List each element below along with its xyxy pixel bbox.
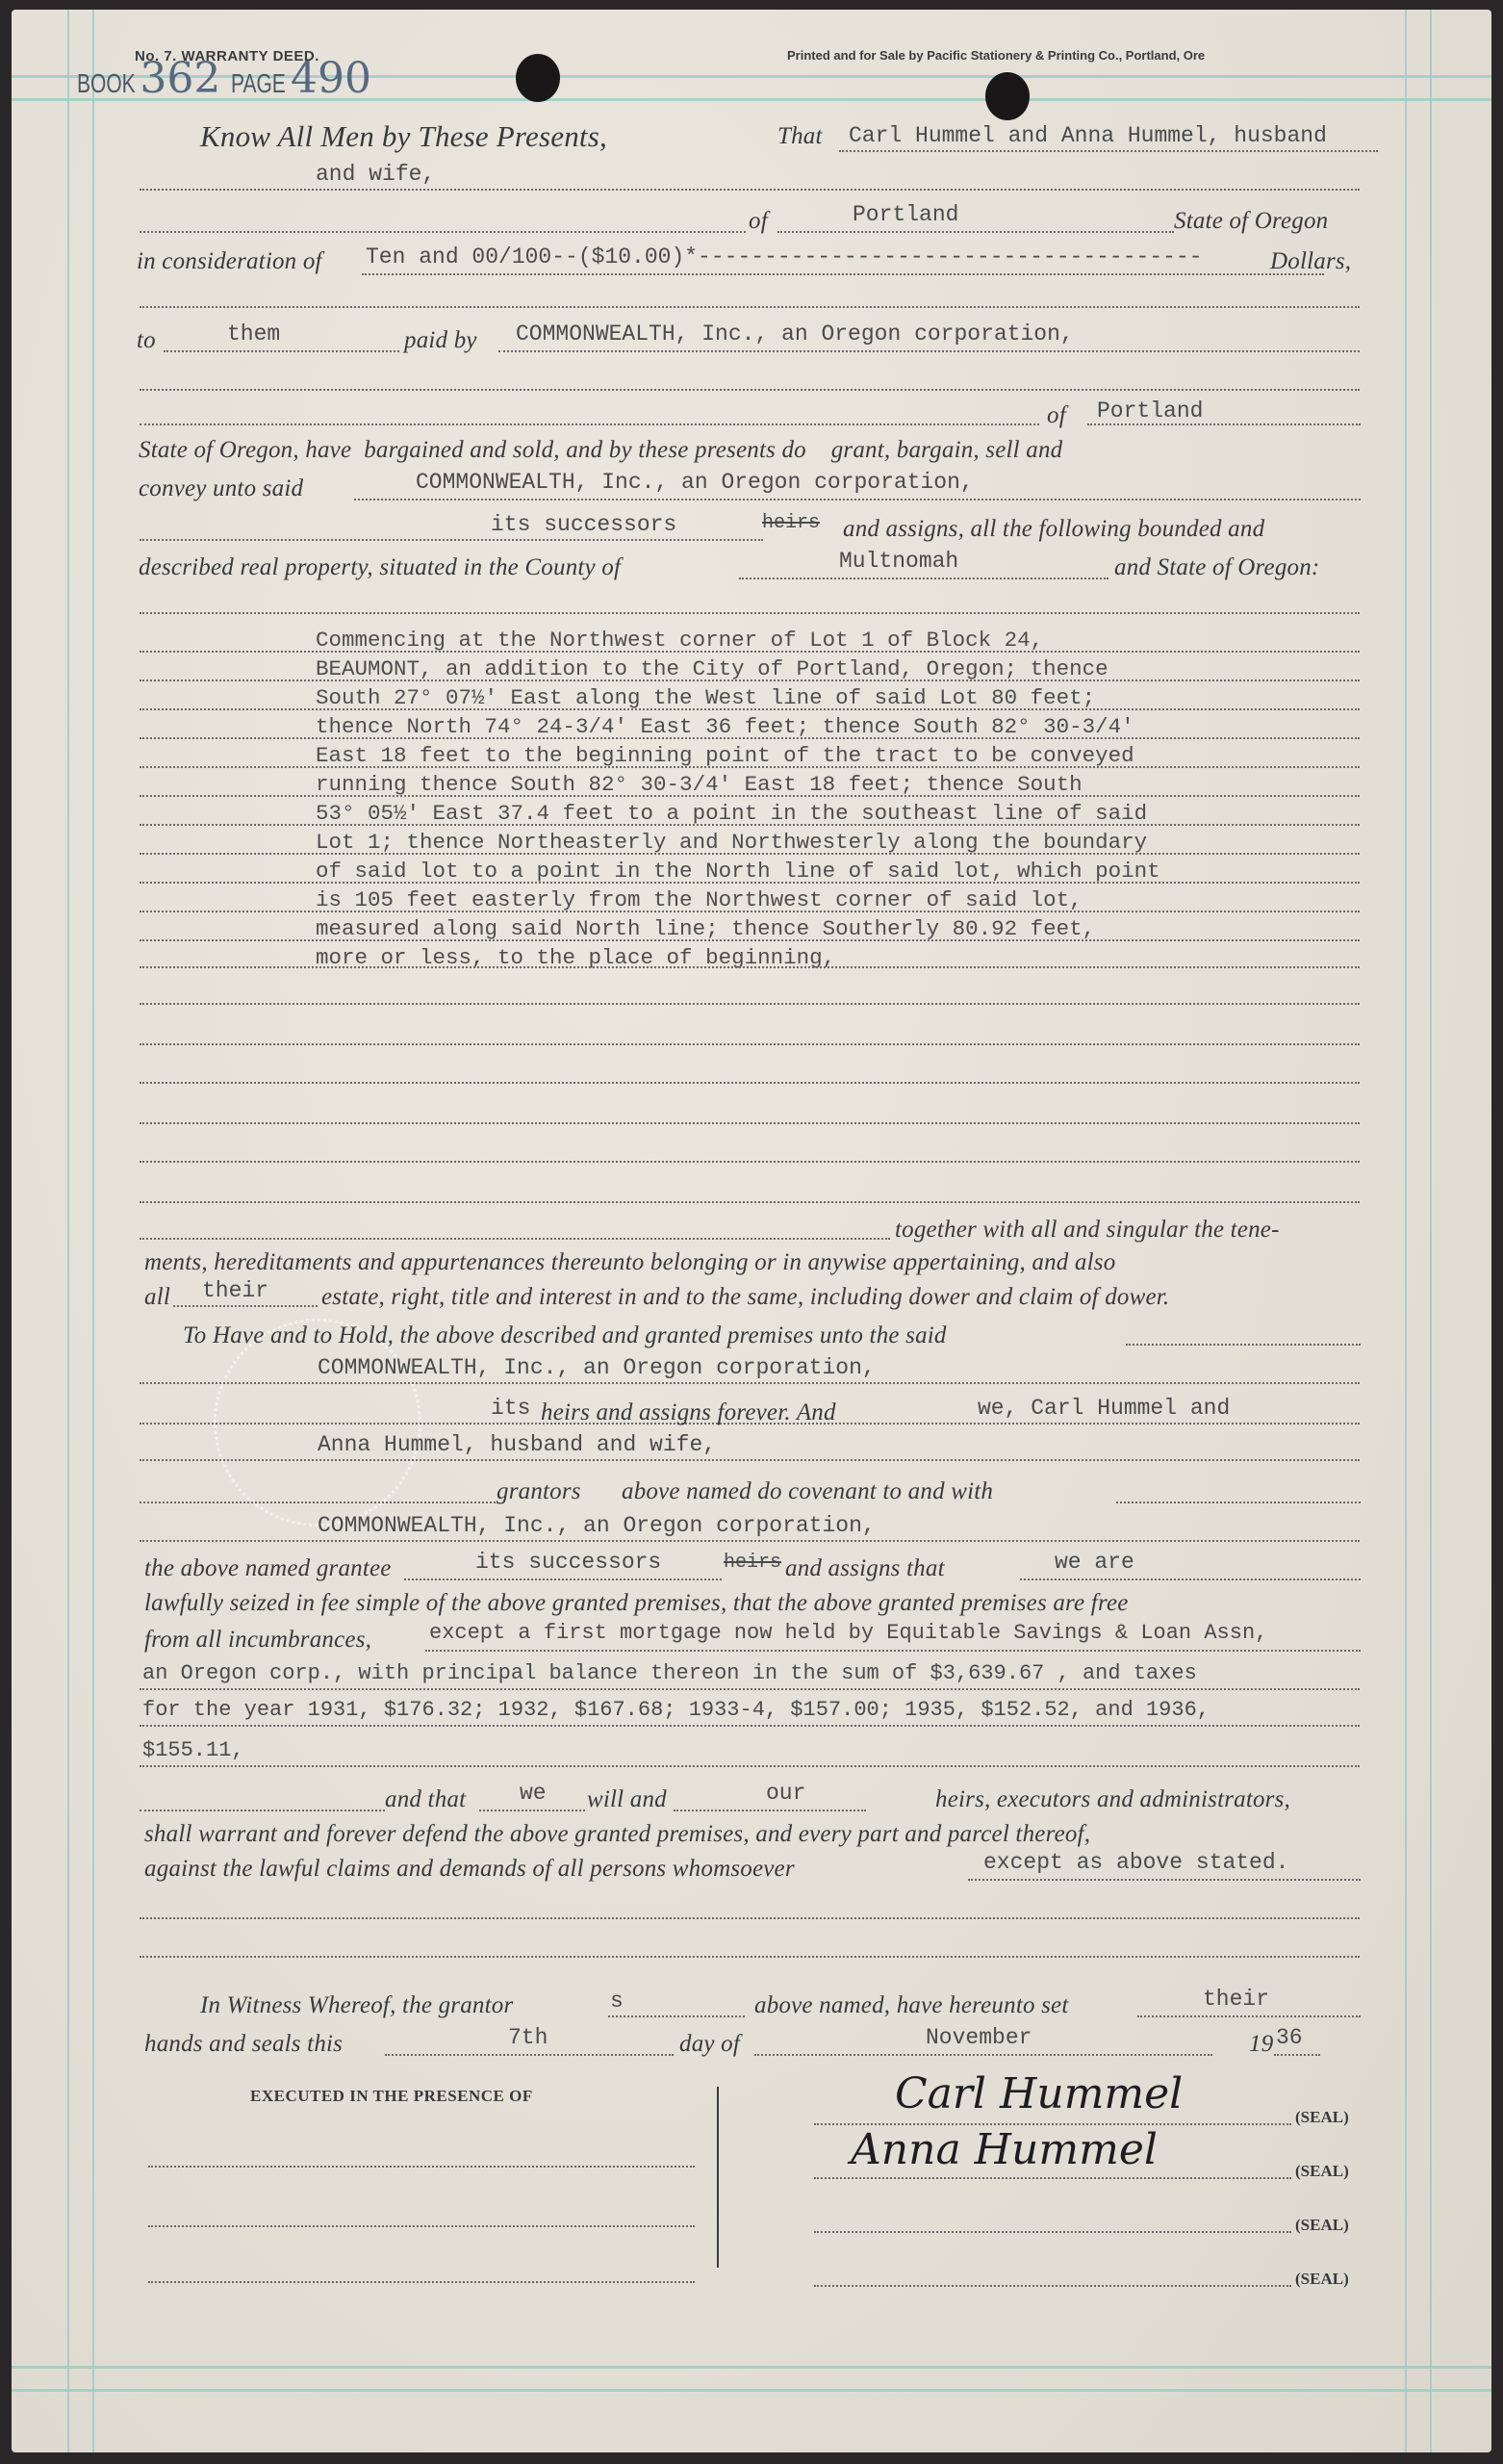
- seal-label: (SEAL): [1295, 2108, 1349, 2127]
- whomsoever-field: except as above stated.: [983, 1850, 1288, 1875]
- field-line: [404, 1578, 722, 1580]
- grantors-text: grantors: [497, 1478, 581, 1505]
- convey-field: COMMONWEALTH, Inc., an Oregon corporatio…: [416, 470, 974, 495]
- field-line: [1137, 2015, 1361, 2017]
- grantee-successors-field: its successors: [475, 1550, 661, 1575]
- margin-line: [1405, 10, 1407, 2452]
- field-line: [140, 389, 1360, 391]
- signature-line: [814, 2285, 1291, 2287]
- bargain-text: State of Oregon, have bargained and sold…: [139, 437, 1062, 464]
- seized-line: lawfully seized in fee simple of the abo…: [144, 1590, 1129, 1617]
- warranty-line-3: against the lawful claims and demands of…: [144, 1856, 795, 1883]
- paid-by-label: paid by: [404, 327, 477, 354]
- field-line: [140, 708, 1360, 710]
- printer-credit: Printed and for Sale by Pacific Statione…: [787, 48, 1205, 63]
- field-line: [140, 1956, 1360, 1958]
- margin-line: [67, 10, 69, 2452]
- exceptions-field-4: $155.11,: [142, 1738, 244, 1762]
- successors-field: its successors: [491, 512, 676, 537]
- day-of-label: day of: [679, 2031, 740, 2058]
- field-line: [140, 882, 1360, 884]
- month-field: November: [926, 2025, 1032, 2050]
- of-label-2: of: [1047, 402, 1066, 429]
- field-line: [140, 539, 763, 541]
- warranty-line-2: shall warrant and forever defend the abo…: [144, 1821, 1090, 1848]
- bargain-text-2: bargained and sold, and by these present…: [364, 437, 806, 463]
- divider: [717, 2087, 719, 2268]
- signature-line: [814, 2231, 1291, 2233]
- field-line: [140, 651, 1360, 653]
- field-line: [354, 499, 1361, 500]
- field-line: [140, 1917, 1360, 1919]
- grantors-field: Carl Hummel and Anna Hummel, husband: [849, 123, 1327, 148]
- will-and-label: will and: [587, 1786, 667, 1813]
- assigns-that-text: and assigns that: [785, 1555, 945, 1582]
- field-line: [140, 1540, 1360, 1542]
- margin-line: [92, 10, 94, 2452]
- deed-heading: Know All Men by These Presents,: [200, 119, 607, 154]
- to-field: them: [227, 321, 280, 346]
- heirs-struck-2: heirs: [724, 1552, 781, 1574]
- year-prefix: 19: [1249, 2031, 1273, 2058]
- county-state-label: and State of Oregon:: [1114, 554, 1319, 581]
- field-line: [140, 612, 1360, 614]
- witness-line: [148, 2225, 695, 2227]
- field-line: [140, 680, 1360, 681]
- heirs-executors-text: heirs, executors and administrators,: [935, 1786, 1290, 1813]
- field-line: [1116, 1501, 1361, 1503]
- field-line: [140, 1201, 1360, 1203]
- grantee-label: the above named grantee: [144, 1555, 392, 1582]
- page-label: PAGE: [231, 68, 286, 99]
- covenant-text: above named do covenant to and with: [622, 1478, 993, 1505]
- seal-label: (SEAL): [1295, 2162, 1349, 2181]
- exceptions-field-3: for the year 1931, $176.32; 1932, $167.6…: [142, 1698, 1210, 1722]
- heirs-struck: heirs: [762, 512, 820, 534]
- field-line: [140, 853, 1360, 855]
- that-label: That: [777, 123, 823, 150]
- field-line: [739, 577, 1108, 579]
- field-line: [140, 737, 1360, 739]
- field-line: [498, 350, 1360, 352]
- seal-label: (SEAL): [1295, 2270, 1349, 2289]
- field-line: [425, 1650, 1361, 1652]
- covenantors-field-2: Anna Hummel, husband and wife,: [318, 1432, 716, 1457]
- convey-label: convey unto said: [139, 475, 303, 502]
- of-label: of: [749, 208, 768, 235]
- we-are-field: we are: [1055, 1550, 1134, 1575]
- paid-by-field: COMMONWEALTH, Inc., an Oregon corporatio…: [516, 321, 1074, 346]
- field-line: [140, 1161, 1360, 1163]
- tenements-line-2: ments, hereditaments and appurtenances t…: [144, 1249, 1115, 1276]
- field-line: [608, 2015, 745, 2017]
- field-line: [140, 824, 1360, 826]
- book-number: 362: [140, 54, 220, 103]
- signature-line: [814, 2177, 1291, 2179]
- dollars-label: Dollars,: [1270, 248, 1351, 275]
- their-field: their: [1203, 1987, 1269, 2012]
- and-that-label: and that: [385, 1786, 466, 1813]
- field-line: [140, 189, 1360, 191]
- field-line: [479, 1809, 585, 1811]
- grantor-suffix-field: s: [610, 1989, 624, 2014]
- book-label: BOOK: [77, 68, 136, 99]
- field-line: [140, 939, 1360, 941]
- field-line: [140, 1688, 1360, 1690]
- tenements-line-3: estate, right, title and interest in and…: [321, 1284, 1169, 1311]
- field-line: [140, 1238, 890, 1240]
- field-line: [777, 231, 1174, 233]
- grantor-city-field: Portland: [853, 202, 958, 227]
- seal-label: (SEAL): [1295, 2216, 1349, 2235]
- consideration-field: Ten and 00/100--($10.00)*---------------…: [366, 244, 1318, 269]
- field-line: [140, 795, 1360, 797]
- witness-line: [148, 2281, 695, 2283]
- field-line: [839, 150, 1378, 152]
- field-line: [140, 423, 1039, 425]
- field-line: [140, 1122, 1360, 1124]
- book-page-stamp: BOOK 362 PAGE 490: [77, 54, 371, 103]
- its-field: its: [491, 1396, 530, 1421]
- field-line: [1020, 1578, 1361, 1580]
- all-label: all: [144, 1284, 170, 1311]
- our-field: our: [766, 1781, 805, 1806]
- signature-anna-hummel: Anna Hummel: [851, 2125, 1158, 2174]
- state-label: State of Oregon: [1174, 208, 1328, 235]
- margin-line: [1430, 10, 1432, 2452]
- field-line: [968, 1879, 1361, 1881]
- we-field: we: [520, 1781, 547, 1806]
- field-line: [362, 273, 1324, 275]
- day-field: 7th: [508, 2025, 548, 2050]
- exceptions-field-2: an Oregon corp., with principal balance …: [142, 1661, 1197, 1685]
- field-line: [140, 306, 1360, 308]
- field-line: [140, 1043, 1360, 1045]
- field-line: [140, 1003, 1360, 1005]
- to-label: to: [137, 327, 156, 354]
- tenements-line-1: together with all and singular the tene-: [895, 1217, 1280, 1244]
- field-line: [140, 1765, 1360, 1767]
- bottom-rule: [12, 2389, 1491, 2392]
- field-line: [140, 766, 1360, 768]
- field-line: [1274, 2054, 1320, 2056]
- field-line: [140, 1809, 385, 1811]
- exceptions-field-1: except a first mortgage now held by Equi…: [429, 1621, 1267, 1645]
- bottom-rule: [12, 2366, 1491, 2369]
- signature-carl-hummel: Carl Hummel: [895, 2069, 1183, 2118]
- field-line: [140, 966, 1360, 968]
- field-line: [1087, 423, 1361, 425]
- witness-text-1: In Witness Whereof, the grantor: [200, 1992, 513, 2019]
- grantors-field-cont: and wife,: [316, 162, 435, 187]
- field-line: [140, 231, 746, 233]
- page-number: 490: [291, 54, 371, 103]
- consideration-label: in consideration of: [137, 248, 322, 275]
- punch-hole: [985, 72, 1030, 120]
- year-field: 36: [1276, 2025, 1303, 2050]
- field-line: [140, 1459, 1360, 1461]
- county-label: described real property, situated in the…: [139, 554, 621, 581]
- field-line: [173, 1305, 318, 1307]
- incumbrances-label: from all incumbrances,: [144, 1627, 371, 1654]
- field-line: [140, 911, 1360, 912]
- witness-text-2: above named, have hereunto set: [754, 1992, 1069, 2019]
- county-field: Multnomah: [839, 549, 958, 574]
- heirs-assigns-text: heirs and assigns forever. And: [541, 1399, 836, 1426]
- field-line: [674, 1809, 866, 1811]
- punch-hole: [516, 54, 560, 102]
- witness-line: [148, 2166, 695, 2168]
- all-field: their: [202, 1278, 268, 1303]
- bargain-text-1: State of Oregon, have: [139, 437, 351, 463]
- covenantors-field-1: we, Carl Hummel and: [978, 1396, 1230, 1421]
- field-line: [754, 2054, 1212, 2056]
- field-line: [385, 2054, 674, 2056]
- field-line: [1126, 1344, 1361, 1346]
- grantee-city-field: Portland: [1097, 398, 1203, 423]
- field-line: [140, 1725, 1360, 1727]
- executed-in-presence-label: EXECUTED IN THE PRESENCE OF: [250, 2087, 533, 2106]
- covenant-grantee-field: COMMONWEALTH, Inc., an Oregon corporatio…: [318, 1513, 876, 1538]
- habendum-line-1: To Have and to Hold, the above described…: [183, 1322, 947, 1349]
- hands-seals-label: hands and seals this: [144, 2031, 343, 2058]
- habendum-grantee-field: COMMONWEALTH, Inc., an Oregon corporatio…: [318, 1355, 876, 1380]
- field-line: [164, 350, 399, 352]
- field-line: [140, 1501, 496, 1503]
- bargain-text-3: grant, bargain, sell and: [831, 437, 1063, 463]
- assigns-text: and assigns, all the following bounded a…: [843, 516, 1264, 543]
- field-line: [140, 1382, 1360, 1384]
- field-line: [140, 1082, 1360, 1084]
